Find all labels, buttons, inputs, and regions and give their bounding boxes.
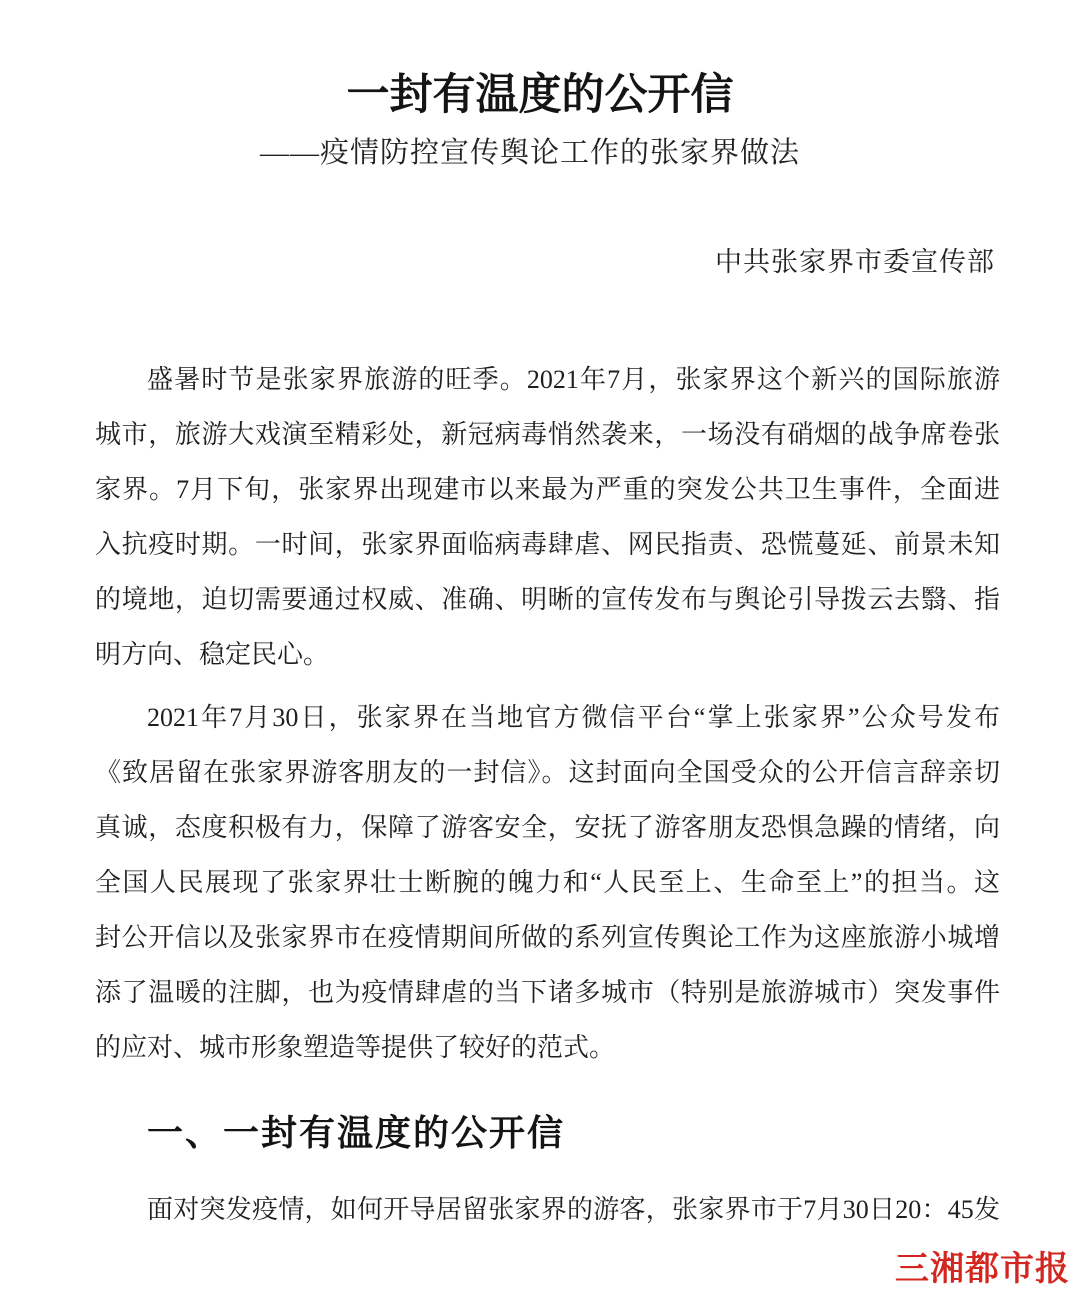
document-subtitle: ——疫情防控宣传舆论工作的张家界做法 [260, 129, 800, 177]
body-paragraph: 盛暑时节是张家界旅游的旺季。2021年7月，张家界这个新兴的国际旅游城市，旅游大… [95, 352, 1000, 682]
body-line: 家界。7月下旬，张家界出现建市以来最为严重的突发公共卫生事件，全面进 [95, 462, 1000, 517]
body-line: 《致居留在张家界游客朋友的一封信》。这封面向全国受众的公开信言辞亲切 [95, 745, 1000, 800]
document-title: 一封有温度的公开信 [0, 70, 1080, 120]
body-paragraph: 2021年7月30日，张家界在当地官方微信平台“掌上张家界”公众号发布《致居留在… [95, 690, 1000, 1075]
body-line: 2021年7月30日，张家界在当地官方微信平台“掌上张家界”公众号发布 [95, 690, 1000, 745]
body-line: 入抗疫时期。一时间，张家界面临病毒肆虐、网民指责、恐慌蔓延、前景未知 [95, 517, 1000, 572]
body-paragraph: 面对突发疫情，如何开导居留张家界的游客，张家界市于7月30日20：45发 [95, 1182, 1000, 1237]
body-line: 全国人民展现了张家界壮士断腕的魄力和“人民至上、生命至上”的担当。这 [95, 855, 1000, 910]
body-line: 的境地，迫切需要通过权威、准确、明晰的宣传发布与舆论引导拨云去翳、指 [95, 572, 1000, 627]
body-line: 真诚，态度积极有力，保障了游客安全，安抚了游客朋友恐惧急躁的情绪，向 [95, 800, 1000, 855]
body-line: 盛暑时节是张家界旅游的旺季。2021年7月，张家界这个新兴的国际旅游 [95, 352, 1000, 407]
body-line: 的应对、城市形象塑造等提供了较好的范式。 [95, 1020, 1000, 1075]
document-body: 盛暑时节是张家界旅游的旺季。2021年7月，张家界这个新兴的国际旅游城市，旅游大… [95, 352, 1000, 1237]
press-watermark: 三湘都市报 [895, 1251, 1070, 1287]
body-line: 面对突发疫情，如何开导居留张家界的游客，张家界市于7月30日20：45发 [95, 1182, 1000, 1237]
author-line: 中共张家界市委宣传部 [95, 238, 995, 286]
body-line: 明方向、稳定民心。 [95, 627, 1000, 682]
body-line: 添了温暖的注脚，也为疫情肆虐的当下诸多城市（特别是旅游城市）突发事件 [95, 965, 1000, 1020]
body-line: 封公开信以及张家界市在疫情期间所做的系列宣传舆论工作为这座旅游小城增 [95, 910, 1000, 965]
body-line: 城市，旅游大戏演至精彩处，新冠病毒悄然袭来，一场没有硝烟的战争席卷张 [95, 407, 1000, 462]
section-heading: 一、一封有温度的公开信 [95, 1105, 1000, 1160]
document-page: 一封有温度的公开信 ——疫情防控宣传舆论工作的张家界做法 中共张家界市委宣传部 … [0, 0, 1080, 1296]
